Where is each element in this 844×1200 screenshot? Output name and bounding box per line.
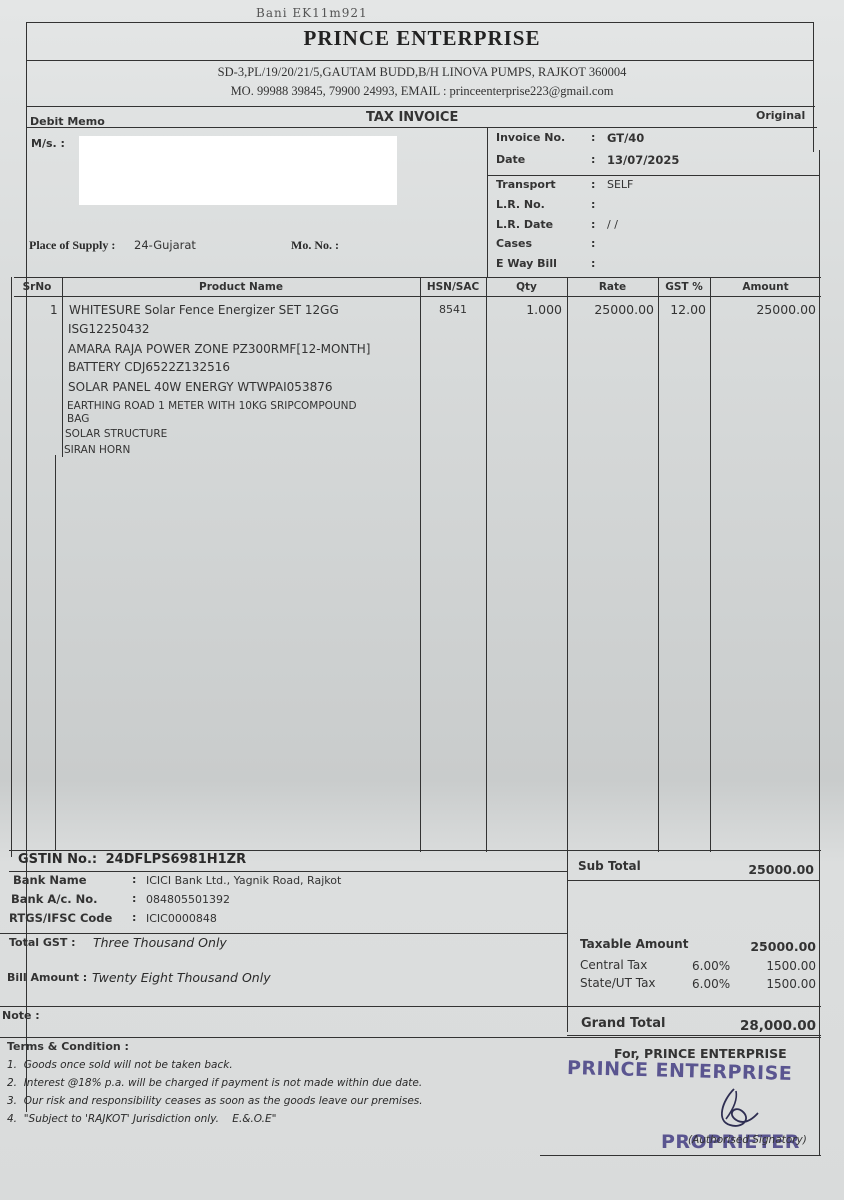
item-gst: 12.00 <box>658 302 706 317</box>
transport-label: Transport <box>496 178 556 191</box>
transport-colon: : <box>591 257 595 270</box>
item-description-line: AMARA RAJA POWER ZONE PZ300RMF[12-MONTH] <box>68 342 370 356</box>
column-header: HSN/SAC <box>420 281 486 293</box>
total-gst-words: Three Thousand Only <box>93 935 227 950</box>
meta-colon: : <box>591 153 595 166</box>
grand-total-label: Grand Total <box>581 1016 665 1031</box>
item-hsn: 8541 <box>420 303 486 316</box>
terms-item: 2. Interest @18% p.a. will be charged if… <box>7 1077 422 1089</box>
divider <box>567 880 819 881</box>
bill-amount-label: Bill Amount : <box>7 971 87 984</box>
frame-top <box>26 22 813 23</box>
divider <box>567 852 568 1032</box>
handwritten-note: Bani EK11m921 <box>256 6 368 20</box>
mobile-label: Mo. No. : <box>291 238 339 253</box>
meta-label: Date <box>496 153 525 166</box>
tax-amount: 1500.00 <box>766 977 816 991</box>
copy-type: Original <box>756 109 805 122</box>
divider <box>26 127 817 128</box>
transport-colon: : <box>591 198 595 211</box>
divider <box>0 1006 821 1007</box>
divider <box>9 850 821 851</box>
sub-total-value: 25000.00 <box>748 862 814 877</box>
company-name: PRINCE ENTERPRISE <box>0 26 844 51</box>
bank-colon: : <box>132 873 136 886</box>
bank-colon: : <box>132 911 136 924</box>
bank-value: 084805501392 <box>146 893 230 906</box>
divider <box>0 1037 821 1038</box>
bank-colon: : <box>132 892 136 905</box>
bank-label: Bank Name <box>13 873 87 887</box>
transport-value: SELF <box>607 178 633 191</box>
item-description-line: EARTHING ROAD 1 METER WITH 10KG SRIPCOMP… <box>67 400 357 412</box>
note-label: Note : <box>2 1009 40 1022</box>
item-description-line: BAG <box>67 413 89 425</box>
divider <box>26 106 815 107</box>
item-rate: 25000.00 <box>567 302 654 317</box>
meta-value: GT/40 <box>607 131 644 145</box>
taxable-amount-label: Taxable Amount <box>580 937 688 951</box>
place-of-supply-value: 24-Gujarat <box>134 238 196 252</box>
meta-colon: : <box>591 131 595 144</box>
company-address: SD-3,PL/19/20/21/5,GAUTAM BUDD,B/H LINOV… <box>0 65 844 80</box>
buyer-name-redacted <box>79 136 397 205</box>
grand-total-value: 28,000.00 <box>740 1018 816 1034</box>
company-contact: MO. 99988 39845, 79900 24993, EMAIL : pr… <box>0 84 844 99</box>
item-qty: 1.000 <box>486 302 562 317</box>
terms-title: Terms & Condition : <box>7 1040 129 1053</box>
meta-value: 13/07/2025 <box>607 153 679 167</box>
tax-label: Central Tax <box>580 958 647 972</box>
col-divider <box>62 277 63 457</box>
tax-rate: 6.00% <box>692 959 730 973</box>
meta-label: Invoice No. <box>496 131 565 144</box>
column-header: Amount <box>710 281 821 293</box>
frame-right <box>819 150 820 1155</box>
column-header: Product Name <box>62 281 420 293</box>
transport-label: L.R. Date <box>496 218 553 231</box>
col-divider <box>567 277 568 852</box>
transport-colon: : <box>591 237 595 250</box>
transport-label: L.R. No. <box>496 198 545 211</box>
terms-item: 1. Goods once sold will not be taken bac… <box>7 1059 233 1071</box>
gstin-value: 24DFLPS6981H1ZR <box>106 852 246 867</box>
bank-label: Bank A/c. No. <box>11 892 98 906</box>
transport-value: / / <box>607 218 618 231</box>
tax-label: State/UT Tax <box>580 976 656 990</box>
divider <box>487 127 488 277</box>
divider <box>487 175 819 176</box>
total-gst-label: Total GST : <box>9 936 76 949</box>
terms-item: 3. Our risk and responsibility ceases as… <box>7 1095 423 1107</box>
company-stamp: PRINCE ENTERPRISE <box>567 1057 793 1085</box>
divider <box>14 296 821 297</box>
divider <box>9 871 567 872</box>
column-header: Qty <box>486 281 567 293</box>
divider <box>26 60 813 61</box>
bank-value: ICIC0000848 <box>146 912 217 925</box>
column-header: GST % <box>658 281 710 293</box>
item-srno: 1 <box>50 303 58 317</box>
authorised-signatory: (Authorised Signatory) <box>688 1134 807 1146</box>
bill-amount-words: Twenty Eight Thousand Only <box>92 970 271 985</box>
bank-label: RTGS/IFSC Code <box>9 911 112 925</box>
divider <box>540 1155 821 1156</box>
transport-label: E Way Bill <box>496 257 557 270</box>
item-amount: 25000.00 <box>710 302 816 317</box>
column-header: Rate <box>567 281 658 293</box>
transport-colon: : <box>591 178 595 191</box>
item-description-line: WHITESURE Solar Fence Energizer SET 12GG <box>69 303 339 317</box>
transport-colon: : <box>591 218 595 231</box>
terms-item: 4. "Subject to 'RAJKOT' Jurisdiction onl… <box>7 1113 276 1125</box>
divider <box>14 277 821 278</box>
sub-total-label: Sub Total <box>578 859 641 873</box>
col-divider <box>658 277 659 852</box>
col-divider <box>55 455 56 850</box>
place-of-supply-label: Place of Supply : <box>29 238 115 253</box>
doc-type: TAX INVOICE <box>366 110 458 125</box>
item-description-line: SOLAR STRUCTURE <box>65 428 167 440</box>
item-description-line: BATTERY CDJ6522Z132516 <box>68 360 230 374</box>
gstin-label: GSTIN No.: <box>18 852 97 867</box>
item-description-line: SIRAN HORN <box>64 444 130 456</box>
bank-value: ICICI Bank Ltd., Yagnik Road, Rajkot <box>146 874 341 887</box>
col-divider <box>710 277 711 852</box>
divider <box>567 1035 821 1036</box>
item-description-line: SOLAR PANEL 40W ENERGY WTWPAI053876 <box>68 380 332 394</box>
col-divider <box>486 277 487 852</box>
tax-amount: 1500.00 <box>766 959 816 973</box>
ms-label: M/s. : <box>31 137 65 150</box>
col-divider <box>420 277 421 852</box>
item-description-line: ISG12250432 <box>68 322 150 336</box>
transport-label: Cases <box>496 237 532 250</box>
column-header: SrNo <box>12 281 62 293</box>
tax-rate: 6.00% <box>692 977 730 991</box>
gstin: GSTIN No.: 24DFLPS6981H1ZR <box>18 852 246 867</box>
taxable-amount-value: 25000.00 <box>750 939 816 954</box>
divider <box>0 933 567 934</box>
col-divider <box>11 277 12 857</box>
signature-icon <box>712 1085 762 1135</box>
